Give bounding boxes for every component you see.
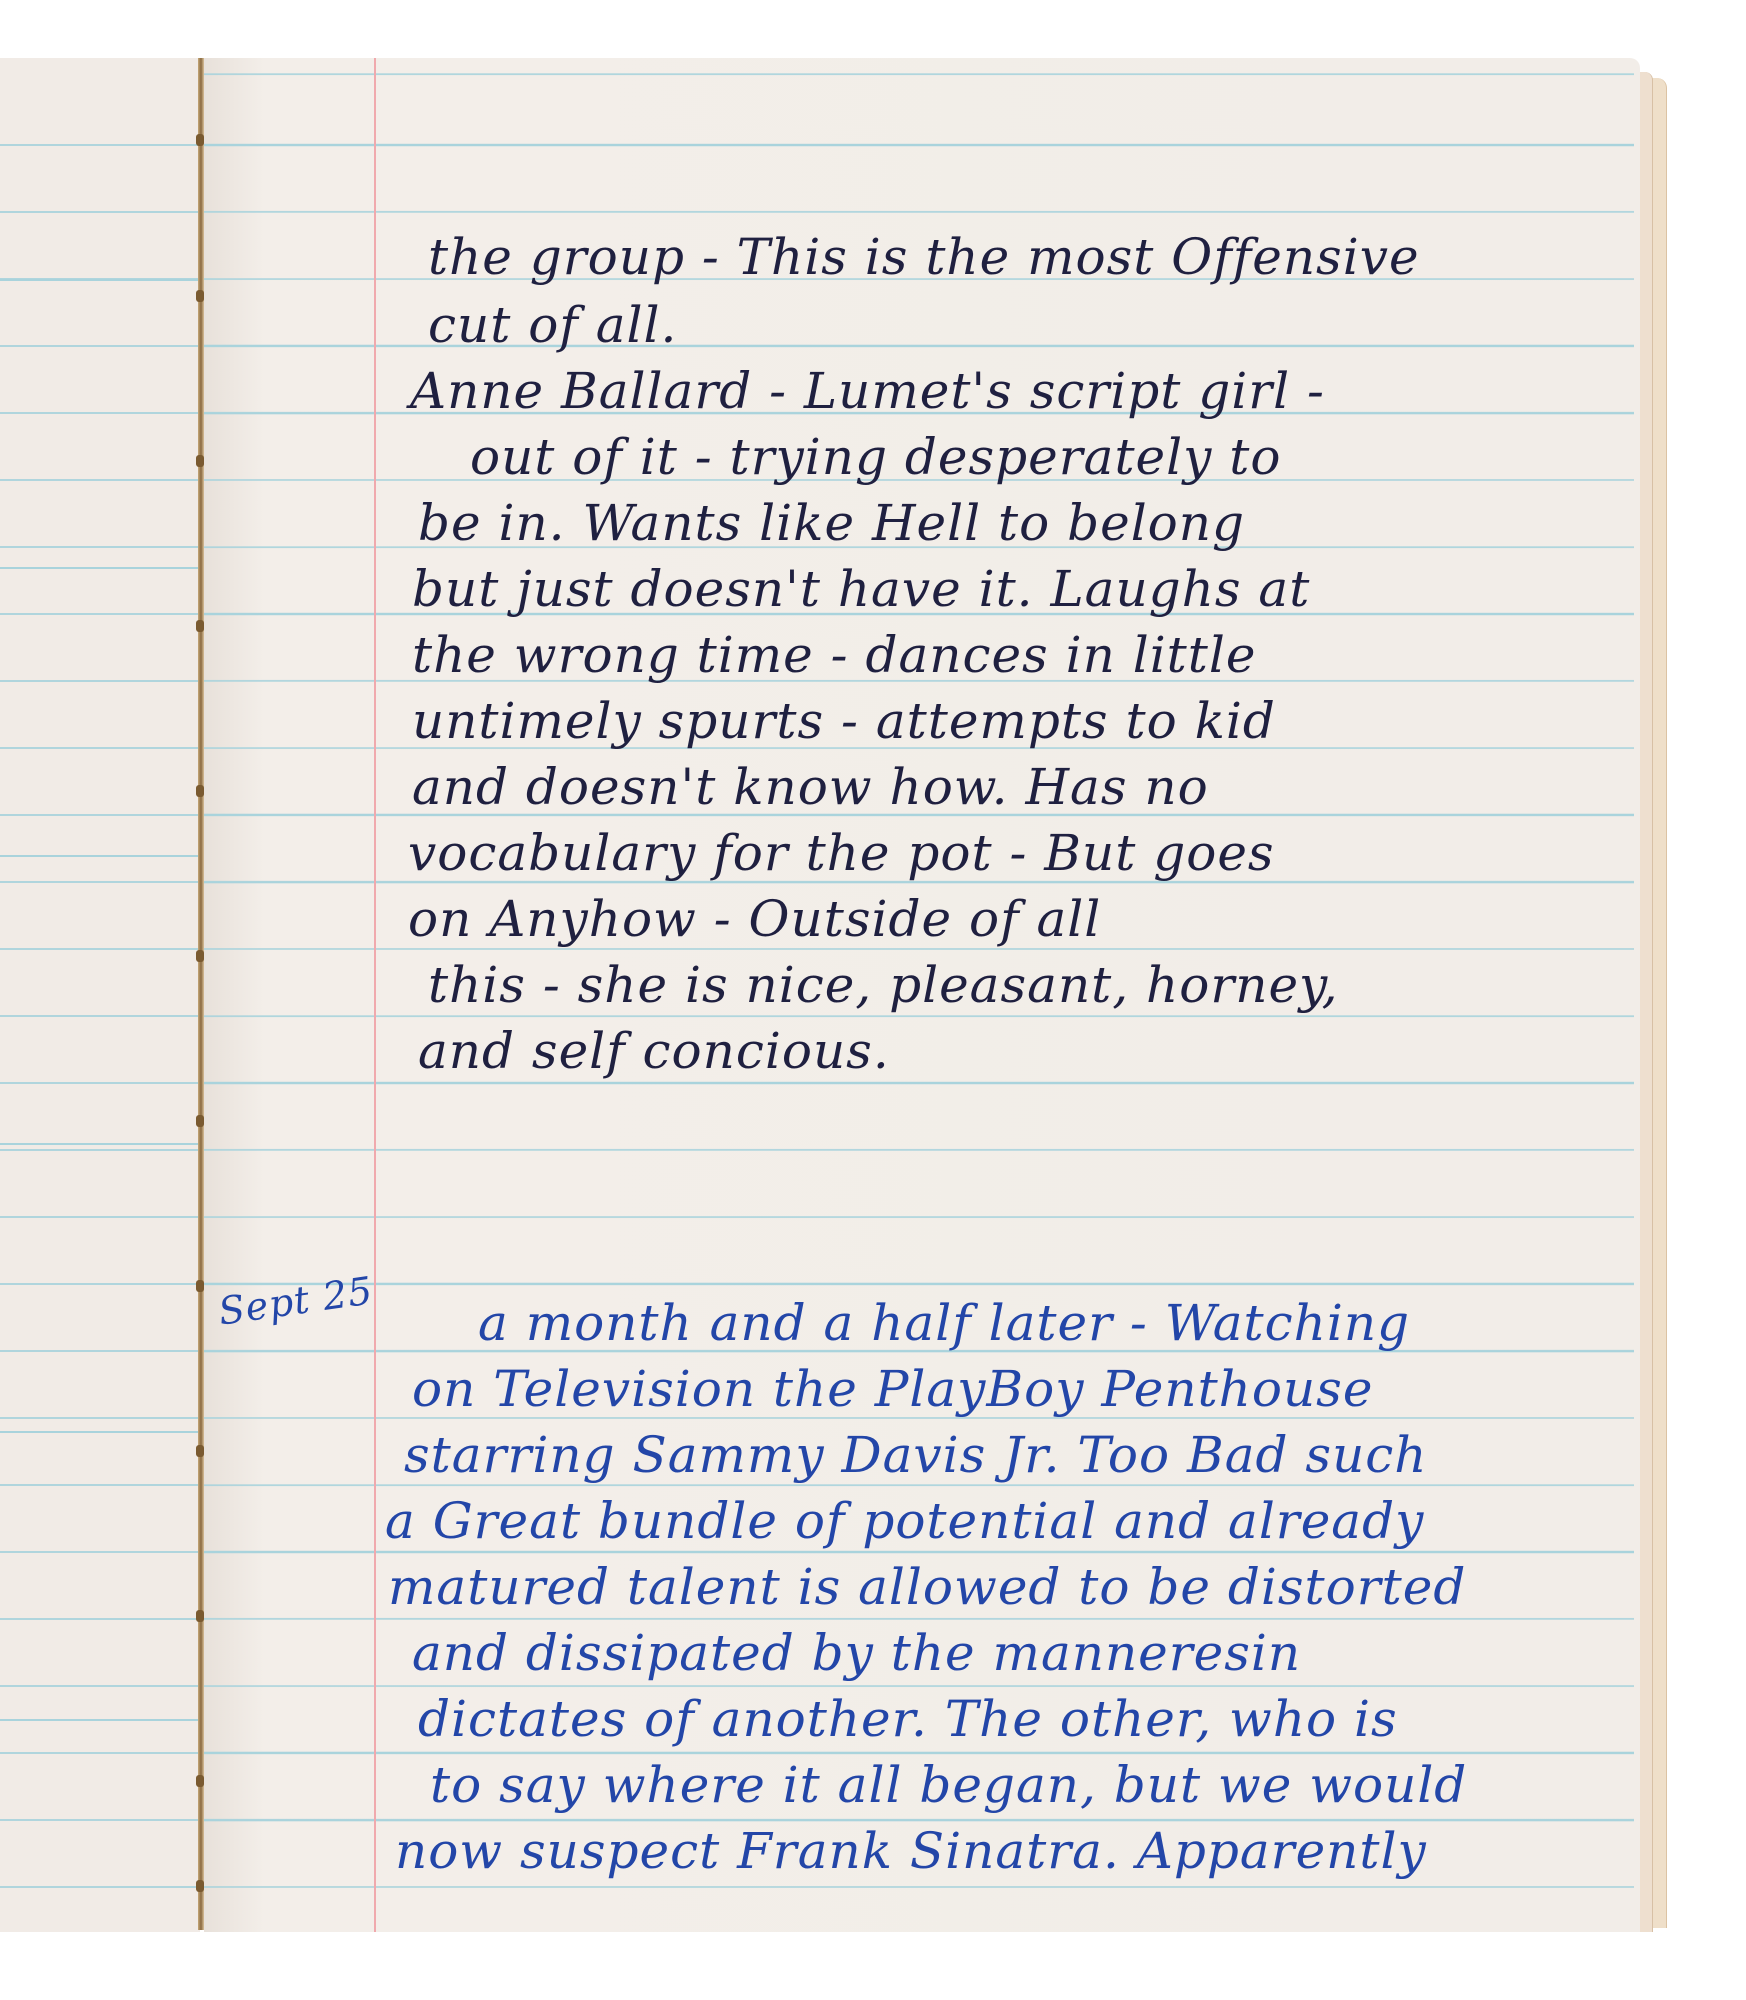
binding-stitch [196,785,204,797]
handwritten-line: on Anyhow - Outside of all [408,894,1101,944]
handwritten-line: a Great bundle of potential and already [385,1496,1424,1546]
handwritten-line: dictates of another. The other, who is [418,1694,1398,1744]
handwritten-line: and doesn't know how. Has no [412,762,1209,812]
background [0,1932,1746,2000]
binding-stitch [196,1610,204,1622]
binding-stitch [196,620,204,632]
handwritten-line: the wrong time - dances in little [412,630,1256,680]
handwritten-line: to say where it all began, but we would [430,1760,1467,1810]
binding-stitch [196,290,204,302]
handwritten-line: cut of all. [428,300,677,350]
handwritten-line: a month and a half later - Watching [478,1298,1410,1348]
red-margin-line [374,58,376,1938]
binding-stitch [196,1775,204,1787]
binding-stitch [196,1880,204,1892]
page-stack-edge [1652,78,1667,1928]
handwritten-line: vocabulary for the pot - But goes [408,828,1275,878]
binding-stitch [196,1280,204,1292]
handwritten-line: this - she is nice, pleasant, horney, [428,960,1339,1010]
binding-stitch [196,134,204,146]
notebook-spread: the group - This is the most Offensive c… [0,0,1746,2000]
page-stack-edge [1640,72,1653,1932]
handwritten-line: be in. Wants like Hell to belong [418,498,1245,548]
handwritten-line: starring Sammy Davis Jr. Too Bad such [404,1430,1428,1480]
binding-stitch [196,455,204,467]
handwritten-line: but just doesn't have it. Laughs at [412,564,1310,614]
handwritten-line: and self concious. [418,1026,890,1076]
handwritten-line: and dissipated by the manneresin [412,1628,1301,1678]
binding-stitch [196,1445,204,1457]
binding-stitch [196,1115,204,1127]
binding-stitch [196,950,204,962]
handwritten-line: untimely spurts - attempts to kid [412,696,1276,746]
handwritten-line: out of it - trying desperately to [470,432,1281,482]
handwritten-line: on Television the PlayBoy Penthouse [412,1364,1373,1414]
handwritten-line: matured talent is allowed to be distorte… [388,1562,1466,1612]
handwritten-line: now suspect Frank Sinatra. Apparently [395,1826,1427,1876]
left-page-ruled-lines [0,58,200,1932]
handwritten-line: Anne Ballard - Lumet's script girl - [410,366,1325,416]
handwritten-line: the group - This is the most Offensive [428,232,1420,282]
